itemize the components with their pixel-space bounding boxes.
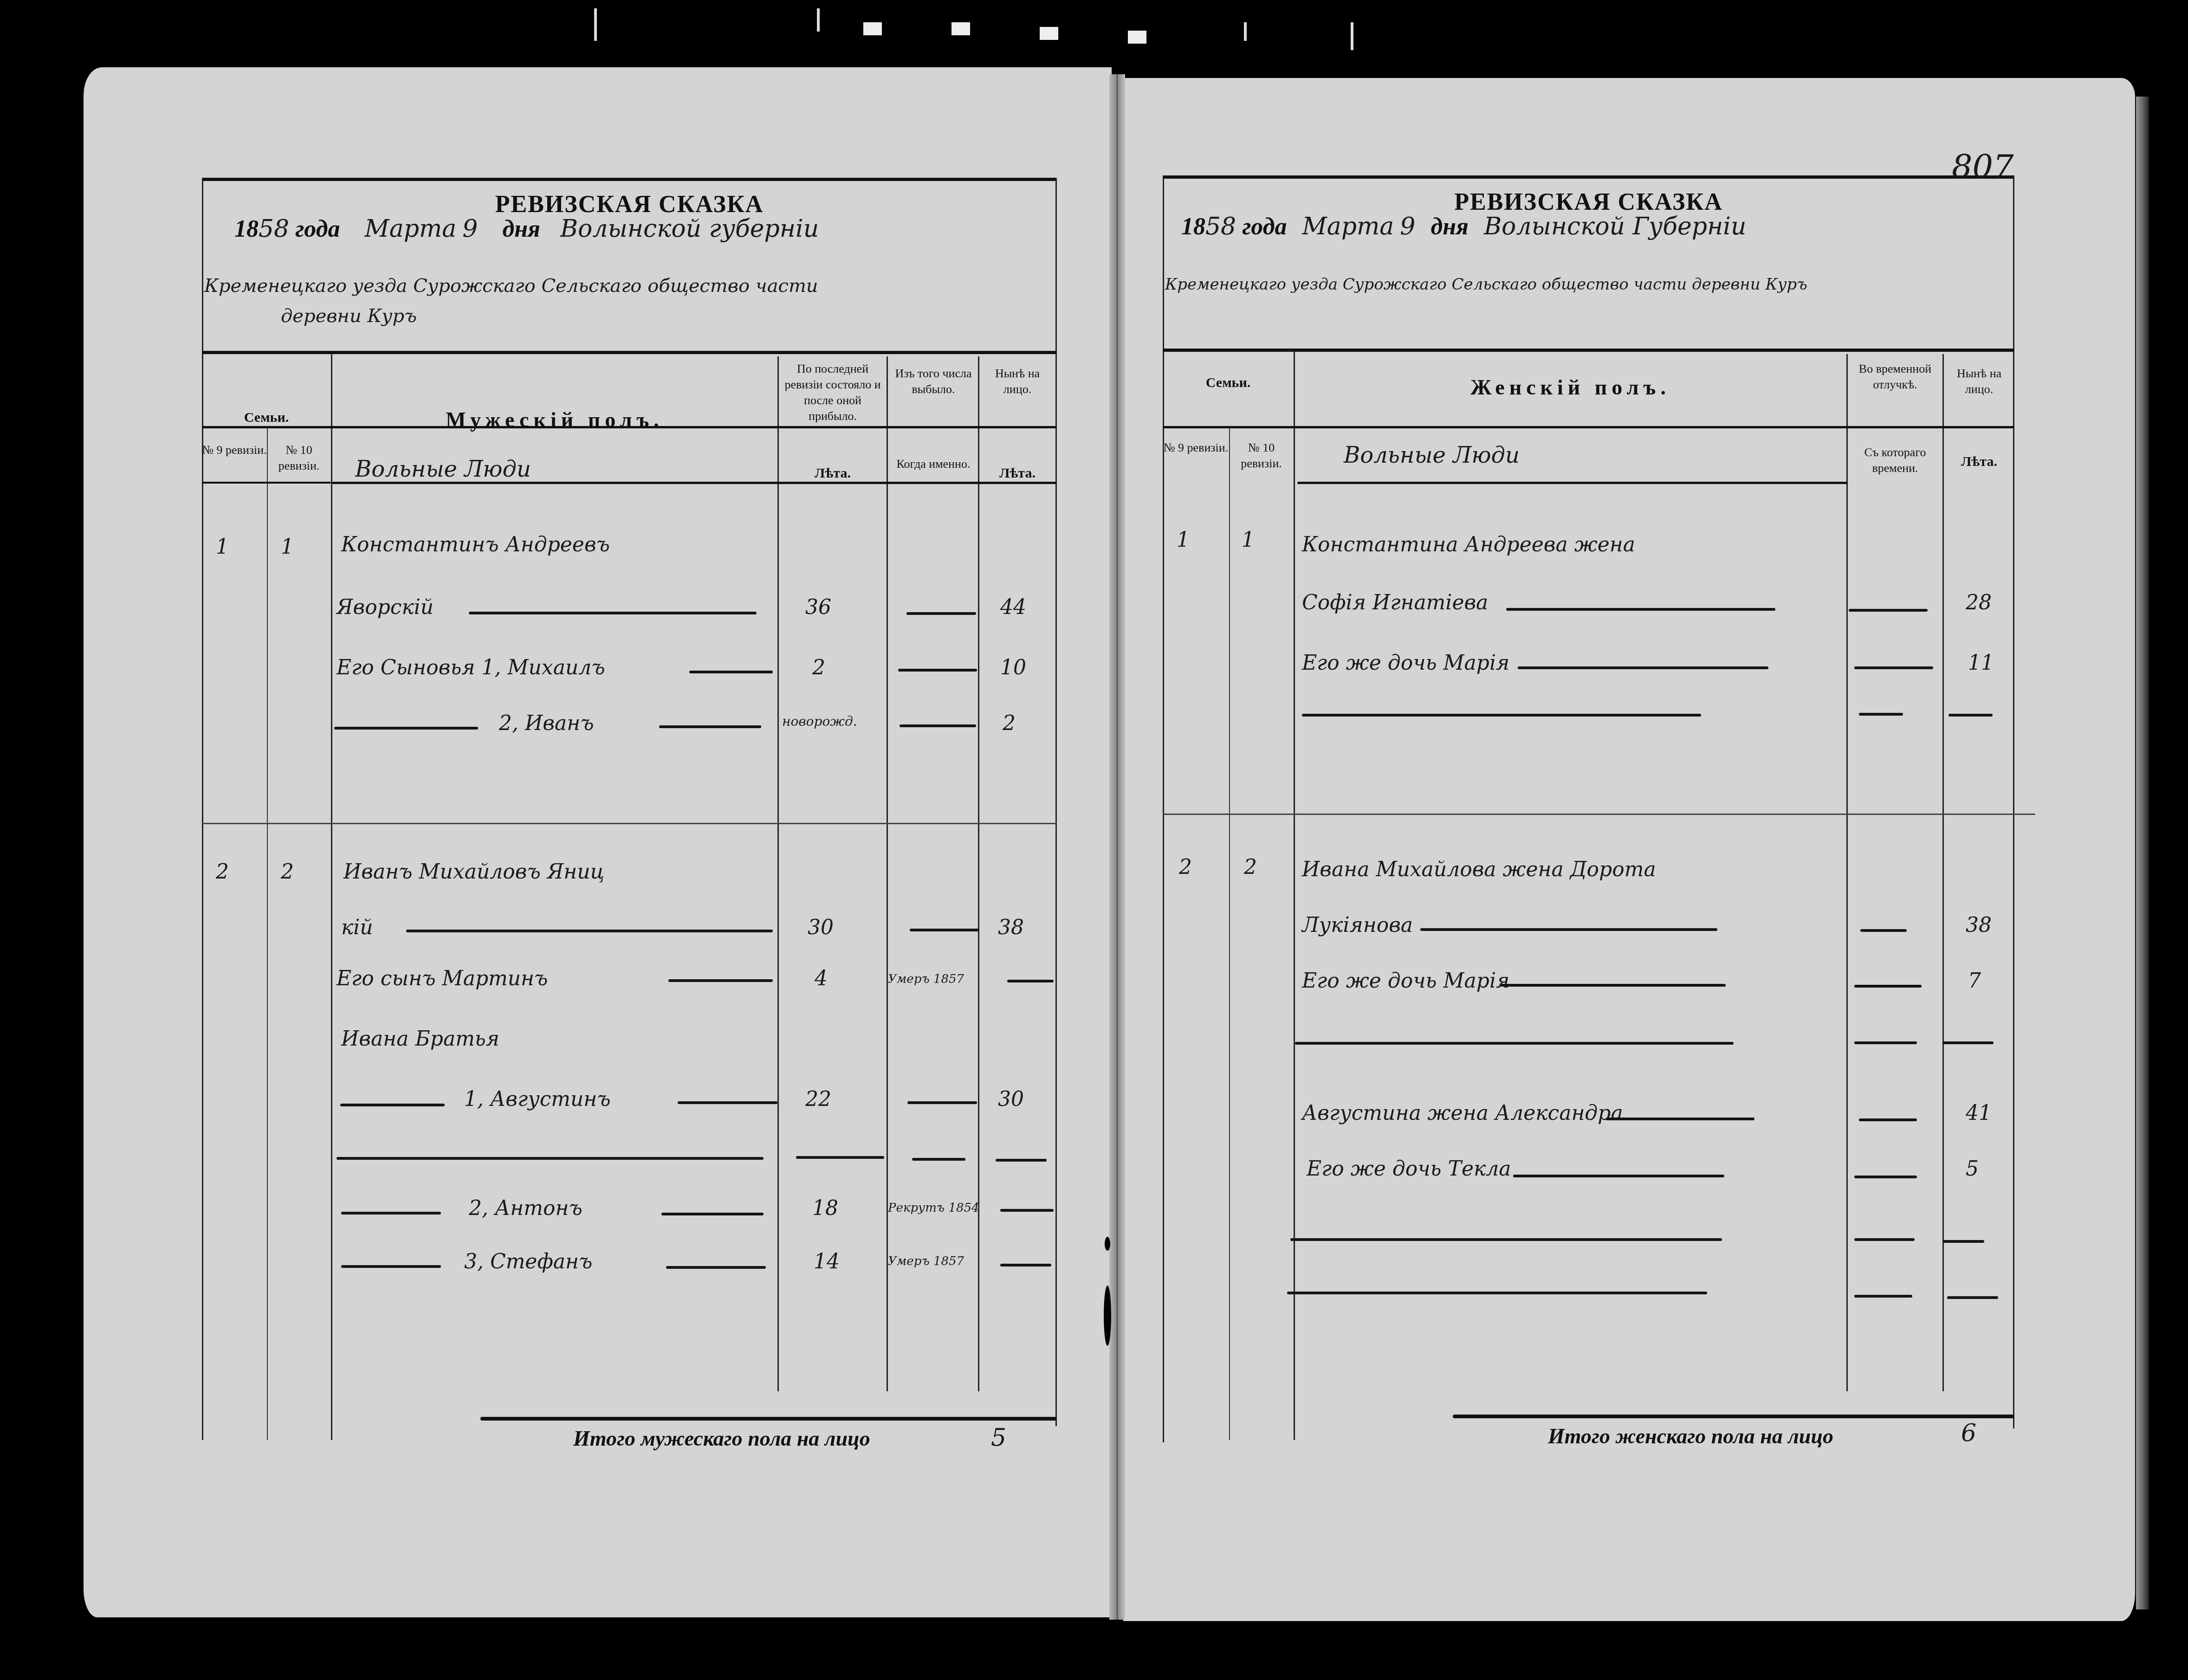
fill-line	[341, 1212, 441, 1215]
rev10-header: № 10 ревизіи.	[1229, 440, 1294, 472]
person-name: Ивана Михайлова жена Дорота	[1302, 858, 1656, 881]
col-divider	[267, 428, 268, 1440]
place-line-2: деревни Куръ	[281, 305, 417, 327]
date-line: 1858 года Марта 9 дня Волынской губерніи	[234, 215, 819, 243]
right-border	[2013, 175, 2014, 1428]
age-now: 44	[1000, 595, 1026, 619]
rev9-header: № 9 ревизіи.	[1163, 440, 1229, 456]
family-rev9: 1	[216, 535, 229, 559]
fill-line	[661, 1213, 764, 1215]
fill-line	[340, 1104, 445, 1106]
person-name: 1, Августинъ	[464, 1087, 611, 1111]
person-name: Его же дочь Марія	[1302, 651, 1509, 675]
age-last: 4	[815, 967, 828, 990]
age-now: 10	[1000, 656, 1026, 679]
absent-dash	[1854, 985, 1922, 988]
departed-header: Изъ того числа выбыло.	[889, 366, 978, 397]
age: 41	[1966, 1101, 1992, 1125]
absent-dash	[1854, 1176, 1917, 1178]
age-now: 30	[998, 1087, 1024, 1111]
years-header: Лѣта.	[1944, 454, 2014, 470]
col-divider	[777, 356, 779, 1391]
total-label: Итого женскаго пола на лицо	[1548, 1424, 1833, 1448]
absent-dash	[1849, 609, 1928, 612]
fill-line	[1506, 608, 1775, 611]
total-value: 5	[991, 1424, 1006, 1452]
age-dash	[1947, 1296, 1998, 1299]
age-last: новорожд.	[782, 714, 857, 729]
female-census-form: 807 РЕВИЗСКАЯ СКАЗКА 1858 года Марта 9 д…	[1163, 175, 2014, 1442]
fill-line	[341, 1265, 441, 1268]
fill-line	[668, 979, 773, 982]
fill-line	[1290, 1238, 1722, 1241]
film-block	[863, 22, 882, 35]
present-header: Нынѣ на лицо.	[1944, 366, 2014, 397]
year-handwritten: 58	[259, 215, 289, 243]
age-last: 18	[812, 1196, 838, 1220]
person-name: Лукіянова	[1302, 913, 1413, 937]
col-divider	[887, 356, 888, 1391]
absent-dash	[1854, 1238, 1915, 1241]
year-printed: 18	[1181, 213, 1205, 240]
film-tick	[817, 8, 820, 32]
person-name: Иванъ Михайловъ Яниц	[343, 860, 604, 884]
year-word: года	[295, 216, 340, 242]
total-value: 6	[1961, 1419, 1976, 1447]
person-name: 2, Иванъ	[499, 711, 594, 735]
total-label: Итого мужескаго пола на лицо	[573, 1426, 870, 1451]
age: 5	[1966, 1157, 1979, 1181]
age: 38	[1966, 913, 1992, 937]
fill-line	[334, 727, 478, 730]
year-word: года	[1242, 213, 1287, 240]
spine-mark	[1105, 1237, 1110, 1251]
departed-note: Умеръ 1857	[888, 1254, 964, 1268]
person-name: Его же дочь Марія	[1302, 969, 1509, 993]
absent-dash	[1854, 1041, 1917, 1044]
family-rev10: 1	[1242, 528, 1255, 552]
age-last: 22	[805, 1087, 831, 1111]
family-separator	[1163, 814, 2035, 815]
col-divider	[1294, 352, 1295, 1440]
last-revision-header: По последней ревизіи состояло и после он…	[779, 361, 886, 424]
month: Марта	[1302, 213, 1394, 240]
category-label: Вольные Люди	[355, 456, 531, 482]
place-line-1: Кременецкаго уезда Сурожскаго Сельскаго …	[204, 275, 818, 297]
age-now-dash	[1000, 1209, 1054, 1212]
fill-line	[796, 1156, 884, 1159]
person-name: Ивана Братья	[341, 1027, 499, 1051]
person-name: 3, Стефанъ	[464, 1250, 592, 1273]
person-name: кій	[341, 916, 373, 939]
day-word: дня	[1431, 213, 1468, 240]
province: Волынской губерніи	[560, 215, 819, 243]
family-rev9: 2	[216, 860, 229, 884]
left-border	[202, 178, 203, 1440]
film-tick	[1244, 22, 1247, 41]
person-name: Константинъ Андреевъ	[341, 533, 610, 556]
since-header: Съ котораго времени.	[1848, 445, 1942, 476]
departed-dash	[907, 1101, 977, 1104]
absent-header: Во временной отлучкѣ.	[1848, 361, 1942, 393]
fill-line	[1518, 666, 1768, 669]
fill-line	[1302, 714, 1701, 717]
section-header: Женскій полъ.	[1295, 375, 1846, 400]
subheader-rule	[202, 426, 1057, 428]
age: 7	[1968, 969, 1981, 993]
person-name: Его же дочь Текла	[1307, 1157, 1511, 1181]
fill-line	[406, 930, 773, 932]
page-title: РЕВИЗСКАЯ СКАЗКА	[202, 191, 1057, 218]
person-name: Августина жена Александра	[1302, 1101, 1623, 1125]
family-rev10: 1	[281, 535, 294, 559]
col-divider	[1942, 354, 1944, 1391]
fill-line	[1501, 984, 1726, 987]
film-marks	[594, 8, 1360, 41]
age-now: 38	[998, 916, 1024, 939]
person-name: Его сынъ Мартинъ	[337, 967, 548, 990]
when-header: Когда именно.	[889, 456, 978, 472]
fill-line	[1513, 1175, 1724, 1177]
fill-line	[337, 1157, 764, 1160]
date-line: 1858 года Марта 9 дня Волынской Губерніи	[1181, 213, 1746, 240]
absent-dash	[1859, 713, 1903, 716]
age-last: 30	[808, 916, 834, 939]
col-divider	[978, 356, 979, 1391]
film-tick	[594, 8, 597, 41]
age-now-dash	[1007, 980, 1054, 982]
header-top-rule	[1163, 349, 2014, 352]
age-now: 2	[1003, 711, 1016, 735]
film-block	[1128, 31, 1146, 44]
departed-dash	[910, 929, 979, 931]
family-rev9: 2	[1179, 855, 1192, 879]
present-header: Нынѣ на лицо.	[980, 366, 1055, 397]
page-number: 807	[1952, 148, 2014, 186]
absent-dash	[1854, 666, 1933, 669]
absent-dash	[1854, 1295, 1912, 1298]
day-word: дня	[502, 216, 540, 242]
departed-dash	[906, 612, 976, 615]
day: 9	[1400, 213, 1415, 240]
day: 9	[462, 215, 478, 243]
years-header: Лѣта.	[779, 465, 886, 481]
person-name: Яворскій	[337, 595, 434, 619]
month: Марта	[364, 215, 456, 243]
left-border	[1163, 175, 1164, 1442]
total-rule	[480, 1417, 1057, 1421]
age-now-dash	[1000, 1264, 1051, 1266]
data-top-rule	[332, 482, 1057, 484]
age-last: 36	[805, 595, 831, 619]
top-rule	[1163, 175, 2014, 179]
age-dash	[1942, 1041, 1994, 1044]
province: Волынской Губерніи	[1484, 213, 1747, 240]
absent-dash	[1860, 929, 1907, 932]
age-dash	[1948, 714, 1993, 717]
total-rule	[1453, 1415, 2014, 1418]
families-header: Семьи.	[202, 410, 331, 426]
departed-dash	[912, 1158, 965, 1161]
year-printed: 18	[234, 216, 259, 242]
fill-line	[689, 671, 773, 673]
years-now-header: Лѣта.	[980, 465, 1055, 481]
age: 28	[1966, 591, 1992, 614]
year-handwritten: 58	[1205, 213, 1236, 240]
fill-line	[666, 1266, 766, 1269]
age: 11	[1968, 651, 1994, 675]
person-name: Константина Андреева жена	[1302, 533, 1635, 556]
place-line-1: Кременецкаго уезда Сурожскаго Сельскаго …	[1165, 275, 1807, 294]
departed-dash	[900, 724, 976, 727]
col-divider	[1846, 354, 1848, 1391]
fill-line	[659, 725, 761, 728]
person-name: Его Сыновья 1, Михаилъ	[337, 656, 605, 679]
rev10-header: № 10 ревизіи.	[267, 442, 331, 474]
right-border	[1055, 178, 1057, 1426]
fill-line	[1420, 928, 1717, 931]
page-title: РЕВИЗСКАЯ СКАЗКА	[1163, 188, 2014, 216]
male-census-form: РЕВИЗСКАЯ СКАЗКА 1858 года Марта 9 дня В…	[202, 178, 1057, 1440]
fill-line	[1606, 1118, 1754, 1120]
data-top-rule	[202, 482, 331, 484]
absent-dash	[1859, 1118, 1917, 1121]
fill-line	[1287, 1292, 1707, 1294]
family-rev10: 2	[281, 860, 294, 884]
film-tick	[1351, 22, 1353, 50]
family-rev10: 2	[1244, 855, 1257, 879]
departed-note: Рекрутъ 1854	[888, 1201, 979, 1215]
top-rule	[202, 178, 1057, 181]
family-separator	[202, 823, 1057, 824]
departed-note: Умеръ 1857	[888, 972, 964, 986]
film-block	[1040, 27, 1058, 40]
person-name: 2, Антонъ	[469, 1196, 583, 1220]
spine-mark	[1104, 1286, 1111, 1346]
header-top-rule	[202, 351, 1057, 354]
subheader-rule	[1163, 426, 2014, 428]
book-spine	[1109, 74, 1125, 1620]
person-name: Софія Игнатіева	[1302, 591, 1488, 614]
col-divider	[1229, 428, 1230, 1440]
col-divider	[331, 354, 332, 1440]
fill-line	[469, 612, 757, 614]
data-top-rule	[1297, 482, 1847, 484]
category-label: Вольные Люди	[1344, 442, 1520, 468]
fill-line	[678, 1101, 777, 1104]
departed-dash	[898, 669, 977, 672]
fill-line	[1295, 1042, 1734, 1045]
family-rev9: 1	[1177, 528, 1190, 552]
families-header: Семьи.	[1163, 375, 1294, 391]
rev9-header: № 9 ревизіи.	[202, 442, 267, 458]
age-dash	[1942, 1240, 1984, 1243]
section-header: Мужескій полъ.	[332, 407, 777, 432]
age-last: 2	[812, 656, 825, 679]
age-now-dash	[996, 1159, 1047, 1162]
age-last: 14	[814, 1250, 840, 1273]
film-block	[952, 22, 970, 35]
